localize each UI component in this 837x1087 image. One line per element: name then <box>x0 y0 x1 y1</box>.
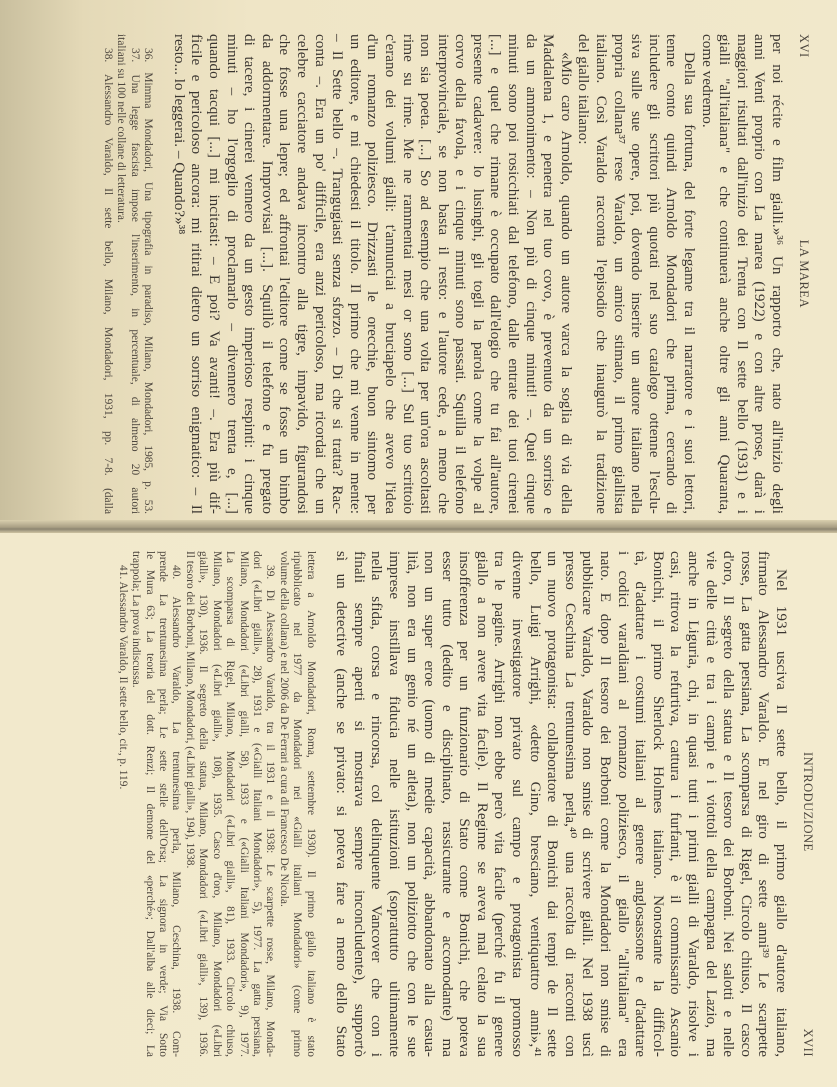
text-line: c'erano dei volumi gialli: t'annunciai a… <box>381 34 399 514</box>
text-line: – Il Sette bello –. Trangugiasti senza s… <box>329 34 347 514</box>
text-line: Della sua fortuna, del forte legame tra … <box>680 34 698 514</box>
footnote-38-cont: volume della collana) e nel 2006 da De F… <box>276 551 289 1057</box>
text-line: corvo della favola, e i cinque minuti so… <box>452 34 470 514</box>
text-line: insofferenza per un funzionario di Stato… <box>456 551 474 1057</box>
text-line: casi, ritrova la refurtiva, cattura i fu… <box>667 551 685 1057</box>
text-line: non un super eroe (uomo di medie capacit… <box>421 551 439 1057</box>
footnote-39-cont: gialli», 130), 1936. Il segreto della st… <box>196 551 209 1057</box>
text-line: come vedremo. <box>698 34 716 514</box>
running-title: INTRODUZIONE <box>800 575 815 1029</box>
text-line: nato. E dopo Il tesoro dei Borboni come … <box>596 551 614 1057</box>
footnote-40-cont: trappola; La prova indiscussa. <box>129 551 142 1057</box>
text-line: lità, non era un genio né un atleta), no… <box>403 551 421 1057</box>
page-xvi: XVI LA MAREA per noi récite e film giall… <box>0 0 837 528</box>
footnote-39-cont: Milano, Mondadori («Libri gialli, 58), 1… <box>236 551 249 1057</box>
text-line: da un ammonimento: – Non più di cinque m… <box>522 34 540 514</box>
text-line: finali sempre aperti si mostrava sempre … <box>350 551 368 1057</box>
text-line: Nel 1931 usciva Il sette bello, il primo… <box>772 551 790 1057</box>
running-head: XVI LA MAREA <box>796 34 811 514</box>
footnote-40-cont: le Mura 63; La teoria del dott. Renzi; I… <box>142 551 155 1057</box>
footnote-40-cont: prende La trentunesima perla; Le sette s… <box>156 551 169 1057</box>
text-line: interprovinciale, se non basta il resto:… <box>434 34 452 514</box>
body-text: Nel 1931 usciva Il sette bello, il primo… <box>333 551 790 1057</box>
page-xvii: INTRODUZIONE XVII Nel 1931 usciva Il set… <box>0 533 837 1087</box>
text-line: d'un romanzo poliziesco. Drizzasti le or… <box>364 34 382 514</box>
text-line: imprese instillava fiducia nelle istituz… <box>385 551 403 1057</box>
footnote-38: 38. Alessandro Varaldo, Il sette bello, … <box>101 34 114 514</box>
footnote-39-cont: dori («Libri gialli», 28), 1931 e («Gial… <box>250 551 263 1057</box>
text-line: sì un detective (anche se privato: si po… <box>333 551 351 1057</box>
footnote-39-cont: Milano, Mondadori («Libri gialli», 108),… <box>209 551 222 1057</box>
text-line: Bonichi, il primo Sherlock Holmes italia… <box>649 551 667 1057</box>
open-book-photo: XVI LA MAREA per noi récite e film giall… <box>0 0 837 1087</box>
footnote-36: 36. Mimma Mondadori, Una tipografia in p… <box>141 34 154 514</box>
page-number: XVI <box>796 34 811 58</box>
text-line: propria collana³⁷ rese Varaldo, un amico… <box>610 34 628 514</box>
text-line: italiano. Così Varaldo racconta l'episod… <box>592 34 610 514</box>
text-line: «Mio caro Arnoldo, quando un autore varc… <box>557 34 575 514</box>
body-text: per noi récite e film gialli.»³⁶ Un rapp… <box>170 34 786 514</box>
footnotes: 36. Mimma Mondadori, Una tipografia in p… <box>101 34 155 514</box>
text-line: ficile e pericoloso ancora: mi ritirai d… <box>188 34 206 514</box>
text-line: pubblicare Varaldo, Varaldo non smise di… <box>579 551 597 1057</box>
text-line: gialli "all'italiana" e che continuerà a… <box>716 34 734 514</box>
text-line: includere gli scrittori più quotati nel … <box>645 34 663 514</box>
text-line: da addormentare. Improvvisai [...]. Squi… <box>258 34 276 514</box>
text-line: del giallo italiano: <box>575 34 593 514</box>
text-line: bello, Luigi Arrighi, «detto Gino, bresc… <box>526 551 544 1057</box>
text-line: maggiori risultati dall'inizio dei Trent… <box>733 34 751 514</box>
text-line: tenne conto quindi Arnoldo Mondadori che… <box>663 34 681 514</box>
text-line: presente cadavere: lo lusinghi, gli togl… <box>469 34 487 514</box>
text-line: rime su rime. Me ne rammentai mesi or so… <box>399 34 417 514</box>
text-line: firmato Alessandro Varaldo. E nel giro d… <box>755 551 773 1057</box>
text-line: celebre cacciatore andava incontro alla … <box>293 34 311 514</box>
text-line: che fosse una lepre; ed affrontai l'edit… <box>276 34 294 514</box>
footnote-37: 37. Una legge fascista impose l'inserime… <box>127 34 140 514</box>
footnote-39-cont: La scomparsa di Rigel, Milano, Mondadori… <box>223 551 236 1057</box>
text-line: i codici varaldiani al romanzo poliziesc… <box>614 551 632 1057</box>
text-line: nella sfida, corsa e rincorsa, col delin… <box>368 551 386 1057</box>
footnote-39: 39. Di Alessandro Varaldo, tra il 1931 e… <box>263 551 276 1057</box>
text-line: non sia poeta. [...] So ad esempio che u… <box>417 34 435 514</box>
text-line: minuti sono poi rosicchiati dal telefono… <box>505 34 523 514</box>
footnote-38-cont: ripubblicato nel 1977 da Mondadori nei «… <box>290 551 303 1057</box>
text-line: tra le pagine. Arrighi non ebbe però vit… <box>491 551 509 1057</box>
text-line: anche in Liguria, chi, in quasi tutti i … <box>684 551 702 1057</box>
footnote-39-cont: Il tesoro dei Borboni, Milano, Mondadori… <box>183 551 196 1057</box>
text-line: per noi récite e film gialli.»³⁶ Un rapp… <box>768 34 786 514</box>
page-number: XVII <box>800 1029 815 1057</box>
text-line: minuti – ho l'orgoglio di proclamarlo – … <box>223 34 241 514</box>
text-line: di tacere, i cinerei vennero da un gesto… <box>241 34 259 514</box>
text-line: resto... lo leggerai. – Quando?»³⁸ <box>170 34 188 514</box>
text-line: esser tutto (dedito e disciplinato, rass… <box>438 551 456 1057</box>
footnotes: lettera a Arnoldo Mondadori, Roma, sette… <box>115 551 316 1057</box>
text-line: Maddalena 1, e penetra nel tuo covo, è p… <box>540 34 558 514</box>
footnote-41: 41. Alessandro Varaldo, Il sette bello, … <box>115 551 128 1057</box>
text-line: vie delle città e tra i campi e i viotto… <box>702 551 720 1057</box>
text-line: divenne investigatore privato sul campo … <box>509 551 527 1057</box>
text-line: quando tacqui [...] mi incitasti: – E po… <box>205 34 223 514</box>
text-line: siva sulle sue opere, poi, dovendo inser… <box>628 34 646 514</box>
text-line: anni Venti proprio con La marea (1922) e… <box>751 34 769 514</box>
footnote-37-cont: italiani su 100 nelle collane di lettera… <box>114 34 127 514</box>
text-line: [...] e quel che rimane è occupato dall'… <box>487 34 505 514</box>
text-line: tà, d'adattare i costumi italiani al gen… <box>632 551 650 1057</box>
text-line: d'oro, Il segreto della statua e Il teso… <box>720 551 738 1057</box>
running-title: LA MAREA <box>796 58 811 490</box>
text-line: un nuovo protagonista: collaboratore di … <box>544 551 562 1057</box>
text-line: rosse, La gatta persiana, La scomparsa d… <box>737 551 755 1057</box>
text-line: giallo a non avere vita facile). Il Regi… <box>473 551 491 1057</box>
text-line: presso Ceschina La trentunesima perla,⁴⁰… <box>561 551 579 1057</box>
footnote-38-cont: lettera a Arnoldo Mondadori, Roma, sette… <box>303 551 316 1057</box>
text-line: conta –. Era un po' difficile, era anzi … <box>311 34 329 514</box>
footnote-40: 40. Alessandro Varaldo, La trentunesima … <box>169 551 182 1057</box>
text-line: un editore, e mi chiedesti il titolo. Il… <box>346 34 364 514</box>
running-head: INTRODUZIONE XVII <box>800 551 815 1057</box>
